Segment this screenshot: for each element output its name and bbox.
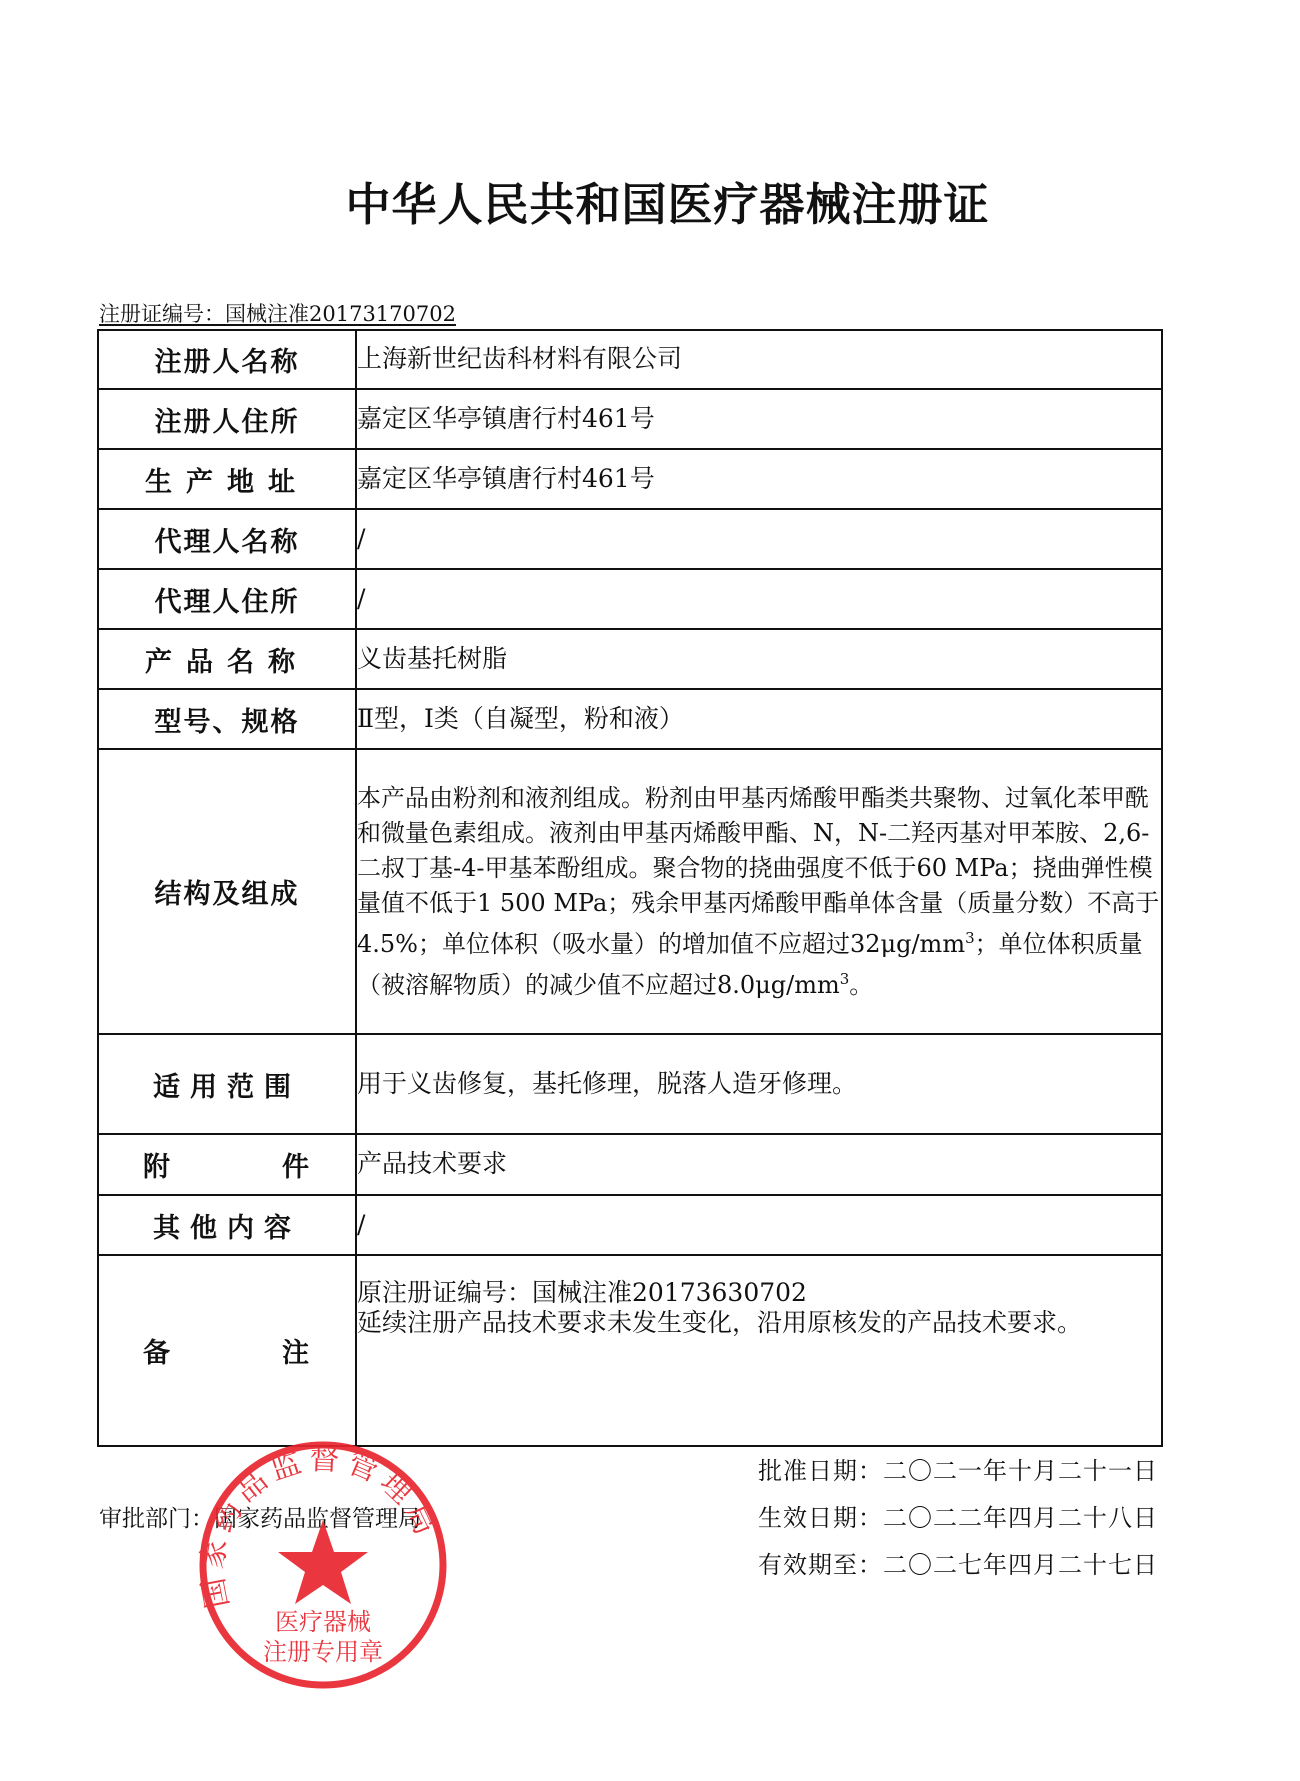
table-row: 备注 原注册证编号：国械注准20173630702 延续注册产品技术要求未发生变… [98,1255,1162,1446]
document-title: 中华人民共和国医疗器械注册证 [0,168,1300,233]
row-label: 结构及组成 [98,749,356,1034]
approval-date: 批准日期：二〇二一年十月二十一日 [758,1455,1158,1502]
remarks-value: 原注册证编号：国械注准20173630702 延续注册产品技术要求未发生变化，沿… [356,1255,1162,1446]
row-value: Ⅱ型，Ⅰ类（自凝型，粉和液） [356,689,1162,749]
row-value: 产品技术要求 [356,1134,1162,1195]
row-label: 备注 [98,1255,356,1446]
table-row: 型号、规格 Ⅱ型，Ⅰ类（自凝型，粉和液） [98,689,1162,749]
row-value: / [356,569,1162,629]
table-row: 代理人名称 / [98,509,1162,569]
official-seal-stamp: 国家药品监督管理局 医疗器械 注册专用章 [196,1438,450,1692]
table-row: 注册人名称 上海新世纪齿科材料有限公司 [98,330,1162,389]
effective-date: 生效日期：二〇二二年四月二十八日 [758,1502,1158,1549]
table-row: 附件 产品技术要求 [98,1134,1162,1195]
dates-block: 批准日期：二〇二一年十月二十一日 生效日期：二〇二二年四月二十八日 有效期至：二… [758,1455,1158,1596]
seal-icon: 国家药品监督管理局 医疗器械 注册专用章 [196,1442,445,1685]
row-value: 义齿基托树脂 [356,629,1162,689]
structure-composition-value: 本产品由粉剂和液剂组成。粉剂由甲基丙烯酸甲酯类共聚物、过氧化苯甲酰和微量色素组成… [356,749,1162,1034]
table-row: 结构及组成 本产品由粉剂和液剂组成。粉剂由甲基丙烯酸甲酯类共聚物、过氧化苯甲酰和… [98,749,1162,1034]
row-label: 适用范围 [98,1034,356,1134]
row-label: 其他内容 [98,1195,356,1255]
table-row: 其他内容 / [98,1195,1162,1255]
row-value: 上海新世纪齿科材料有限公司 [356,330,1162,389]
table-row: 适用范围 用于义齿修复，基托修理，脱落人造牙修理。 [98,1034,1162,1134]
row-value: / [356,1195,1162,1255]
certificate-table: 注册人名称 上海新世纪齿科材料有限公司 注册人住所 嘉定区华亭镇唐行村461号 … [97,329,1163,1447]
registration-number: 注册证编号：国械注准20173170702 [99,298,456,328]
row-value: 嘉定区华亭镇唐行村461号 [356,449,1162,509]
row-label: 代理人住所 [98,569,356,629]
row-label: 生产地址 [98,449,356,509]
svg-text:注册专用章: 注册专用章 [263,1638,383,1666]
row-value: 用于义齿修复，基托修理，脱落人造牙修理。 [356,1034,1162,1134]
table-row: 代理人住所 / [98,569,1162,629]
row-label: 注册人名称 [98,330,356,389]
row-label: 注册人住所 [98,389,356,449]
valid-until-date: 有效期至：二〇二七年四月二十七日 [758,1549,1158,1596]
svg-text:医疗器械: 医疗器械 [275,1608,371,1636]
row-label: 产品名称 [98,629,356,689]
table-row: 注册人住所 嘉定区华亭镇唐行村461号 [98,389,1162,449]
row-value: / [356,509,1162,569]
approval-department: 审批部门：国家药品监督管理局 [99,1500,421,1533]
row-label: 代理人名称 [98,509,356,569]
table-row: 生产地址 嘉定区华亭镇唐行村461号 [98,449,1162,509]
row-label: 附件 [98,1134,356,1195]
row-value: 嘉定区华亭镇唐行村461号 [356,389,1162,449]
table-row: 产品名称 义齿基托树脂 [98,629,1162,689]
row-label: 型号、规格 [98,689,356,749]
